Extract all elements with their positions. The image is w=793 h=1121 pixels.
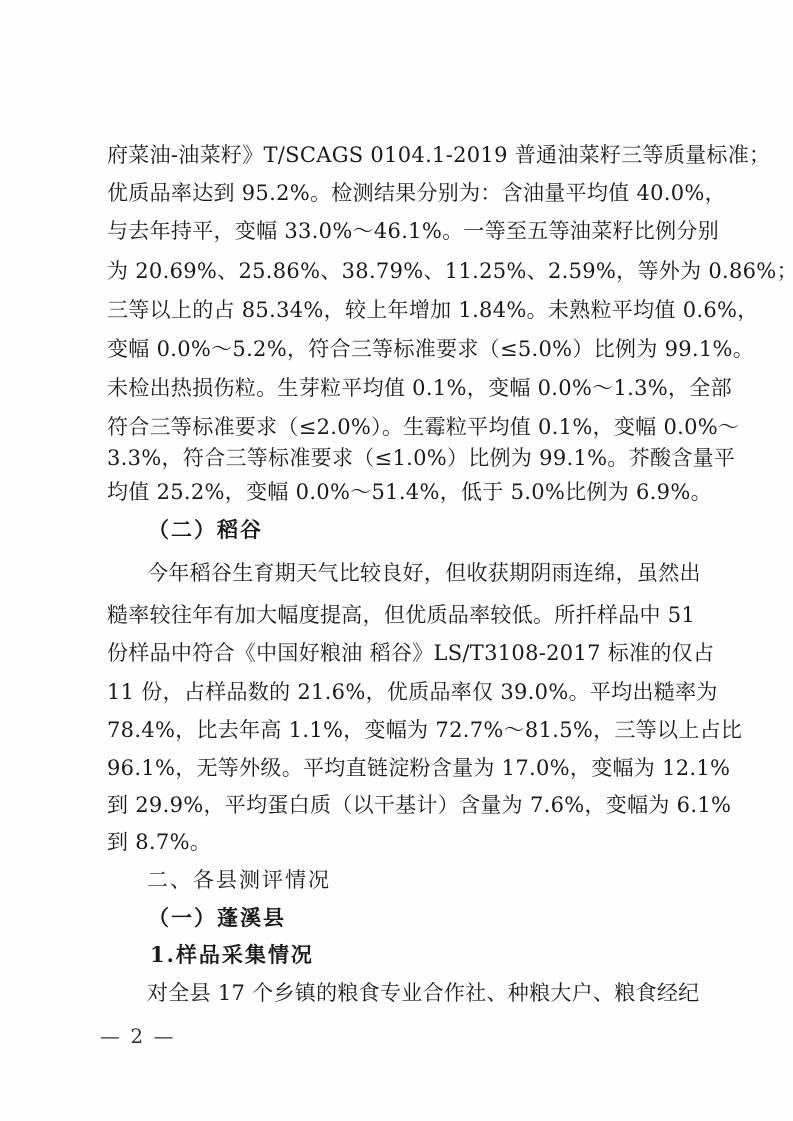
paragraph-line: 到 29.9%，平均蛋白质（以干基计）含量为 7.6%，变幅为 6.1% <box>107 790 688 820</box>
paragraph-line: 与去年持平，变幅 33.0%～46.1%。一等至五等油菜籽比例分别 <box>107 216 688 246</box>
paragraph-line: 符合三等标准要求（≤2.0%）。生霉粒平均值 0.1%，变幅 0.0%～ <box>107 412 688 442</box>
paragraph-line: 变幅 0.0%～5.2%，符合三等标准要求（≤5.0%）比例为 99.1%。 <box>107 334 688 364</box>
paragraph-line: 11 份，占样品数的 21.6%，优质品率仅 39.0%。平均出糙率为 <box>107 677 688 707</box>
paragraph-line: 96.1%，无等外级。平均直链淀粉含量为 17.0%，变幅为 12.1% <box>107 753 688 783</box>
paragraph-line: 3.3%，符合三等标准要求（≤1.0%）比例为 99.1%。芥酸含量平 <box>107 443 688 473</box>
paragraph-line: 份样品中符合《中国好粮油 稻谷》LS/T3108-2017 标准的仅占 <box>107 638 688 668</box>
paragraph-line: 为 20.69%、25.86%、38.79%、11.25%、2.59%，等外为 … <box>107 256 688 286</box>
paragraph-line: 优质品率达到 95.2%。检测结果分别为：含油量平均值 40.0%， <box>107 178 688 208</box>
paragraph-line: 今年稻谷生育期天气比较良好，但收获期阴雨连绵，虽然出 <box>147 558 688 588</box>
section-heading-rice: （二）稻谷 <box>148 515 263 545</box>
paragraph-line: 府菜油-油菜籽》T/SCAGS 0104.1-2019 普通油菜籽三等质量标准； <box>107 140 688 170</box>
paragraph-line: 糙率较往年有加大幅度提高，但优质品率较低。所扦样品中 51 <box>107 600 688 630</box>
paragraph-line: 78.4%，比去年高 1.1%，变幅为 72.7%～81.5%，三等以上占比 <box>107 715 688 745</box>
page-number: — 2 — <box>100 1024 175 1048</box>
paragraph-line: 对全县 17 个乡镇的粮食专业合作社、种粮大户、粮食经纪 <box>147 978 688 1008</box>
item-heading-sample-collection: 1.样品采集情况 <box>150 940 314 970</box>
subsection-heading-pengxi: （一）蓬溪县 <box>148 903 286 933</box>
section-heading-counties: 二、各县测评情况 <box>147 865 331 895</box>
paragraph-line: 未检出热损伤粒。生芽粒平均值 0.1%，变幅 0.0%～1.3%，全部 <box>107 373 688 403</box>
paragraph-line: 三等以上的占 85.34%，较上年增加 1.84%。未熟粒平均值 0.6%， <box>107 295 688 325</box>
paragraph-line: 均值 25.2%，变幅 0.0%～51.4%，低于 5.0%比例为 6.9%。 <box>107 477 688 507</box>
paragraph-line: 到 8.7%。 <box>107 827 688 857</box>
document-page: 府菜油-油菜籽》T/SCAGS 0104.1-2019 普通油菜籽三等质量标准；… <box>0 0 793 1121</box>
